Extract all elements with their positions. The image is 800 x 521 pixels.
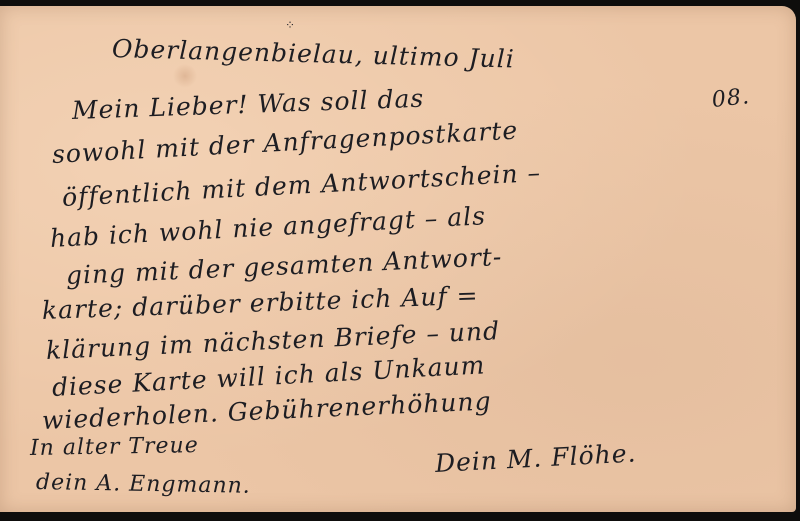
postcard: ⁘ Oberlangenbielau, ultimo Juli 08. Mein… [0, 6, 796, 512]
closing-line: In alter Treue [30, 433, 199, 461]
letter-line-2: sowohl mit der Anfragenpostkarte [51, 116, 519, 169]
ink-speck: ⁘ [285, 18, 295, 32]
heading-place-date: Oberlangenbielau, ultimo Juli [112, 34, 515, 74]
letter-line-1: Mein Lieber! Was soll das [71, 84, 424, 125]
signature-sender: Dein M. Flöhe. [434, 438, 637, 478]
heading-year: 08. [711, 84, 751, 113]
closing-signature: dein A. Engmann. [36, 470, 251, 499]
